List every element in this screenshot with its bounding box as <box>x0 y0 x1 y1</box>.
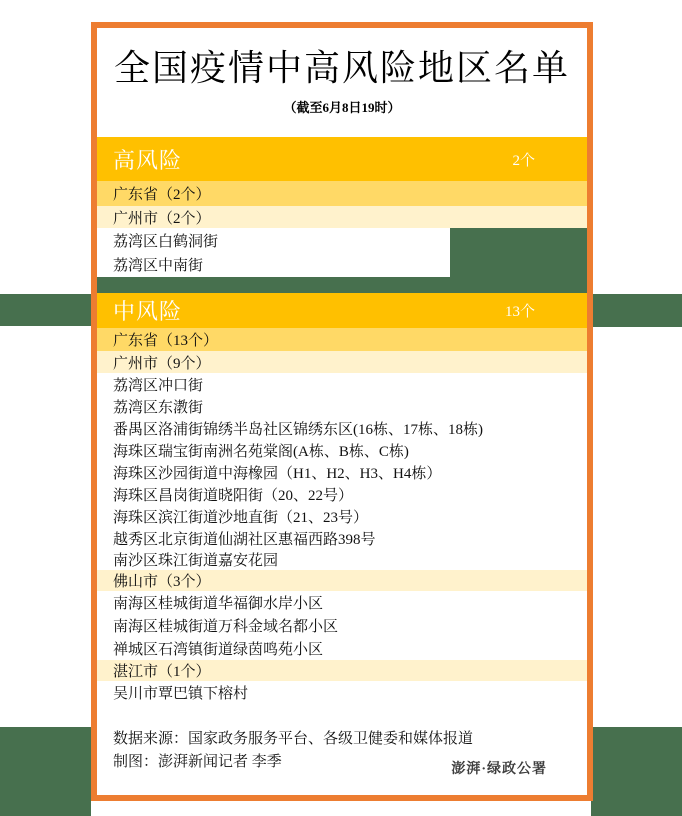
background-band-bottom-right <box>591 727 682 816</box>
poster-card: 全国疫情中高风险地区名单 （截至6月8日19时） 高风险 2个 广东省（2个） … <box>91 22 593 801</box>
background-band-mid-right <box>591 294 682 327</box>
poster-subtitle: （截至6月8日19时） <box>97 97 587 116</box>
area-row: 荔湾区中南街 <box>97 252 450 277</box>
area-row: 南海区桂城街道华福御水岸小区 <box>97 591 587 614</box>
credit-note: 制图：澎湃新闻记者 李季 <box>113 750 282 771</box>
area-row: 荔湾区冲口街 <box>97 373 587 395</box>
high-risk-count-badge: 2个 <box>512 149 535 170</box>
background-band-mid-left <box>0 294 91 326</box>
medium-risk-section-title: 中风险 <box>97 295 182 326</box>
area-row: 海珠区沙园街道中海橡园（H1、H2、H3、H4栋） <box>97 461 587 483</box>
area-row: 荔湾区白鹤洞街 <box>97 228 450 252</box>
area-row: 海珠区昌岗街道晓阳街（20、22号） <box>97 483 587 505</box>
province-row: 广东省（13个） <box>97 328 587 351</box>
high-risk-section-header: 高风险 2个 <box>97 137 587 181</box>
city-row: 湛江市（1个） <box>97 660 587 681</box>
high-risk-area-block: 荔湾区白鹤洞街 荔湾区中南街 <box>97 228 450 277</box>
city-row: 广州市（2个） <box>97 206 587 228</box>
infographic-canvas: 全国疫情中高风险地区名单 （截至6月8日19时） 高风险 2个 广东省（2个） … <box>0 0 682 816</box>
area-row: 番禺区洛浦街锦绣半岛社区锦绣东区(16栋、17栋、18栋) <box>97 417 587 439</box>
area-row: 海珠区滨江街道沙地直街（21、23号） <box>97 505 587 527</box>
publisher-logo: 澎湃·绿政公署 <box>451 758 547 778</box>
area-row: 吴川市覃巴镇下榕村 <box>97 681 587 704</box>
data-source-note: 数据来源：国家政务服务平台、各级卫健委和媒体报道 <box>113 727 473 748</box>
medium-risk-count-badge: 13个 <box>505 300 535 321</box>
area-row: 海珠区瑞宝街南洲名苑棠阁(A栋、B栋、C栋) <box>97 439 587 461</box>
area-row: 荔湾区东漖街 <box>97 395 587 417</box>
province-row: 广东省（2个） <box>97 181 587 206</box>
area-row: 南沙区珠江街道嘉安花园 <box>97 549 587 570</box>
city-row: 广州市（9个） <box>97 351 587 373</box>
poster-title: 全国疫情中高风险地区名单 <box>97 40 587 91</box>
medium-risk-section-header: 中风险 13个 <box>97 293 587 328</box>
high-risk-section-title: 高风险 <box>97 144 182 175</box>
background-band-bottom-left <box>0 727 91 816</box>
area-row: 越秀区北京街道仙湖社区惠福西路398号 <box>97 527 587 549</box>
area-row: 禅城区石湾镇街道绿茵鸣苑小区 <box>97 637 587 660</box>
area-row: 南海区桂城街道万科金域名都小区 <box>97 614 587 637</box>
city-row: 佛山市（3个） <box>97 570 587 591</box>
